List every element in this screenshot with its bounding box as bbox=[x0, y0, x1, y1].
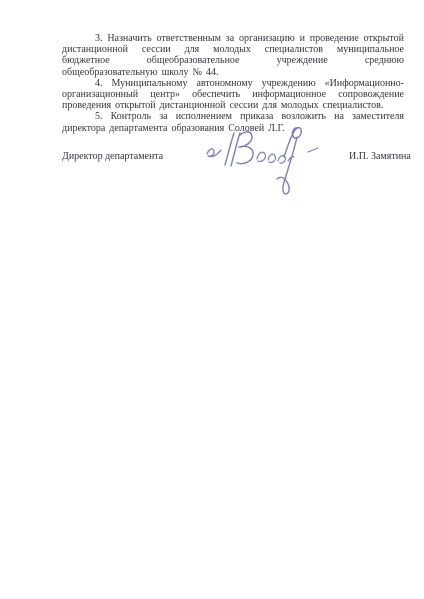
order-paragraph-4: 4. Муниципальному автономному учреждению… bbox=[62, 78, 404, 112]
order-paragraph-3: 3. Назначить ответственным за организаци… bbox=[62, 33, 404, 78]
handwritten-signature-icon bbox=[200, 121, 330, 199]
document-body: 3. Назначить ответственным за организаци… bbox=[62, 33, 404, 134]
document-page: 3. Назначить ответственным за организаци… bbox=[0, 0, 424, 599]
director-position-label: Директор департамента bbox=[62, 151, 163, 162]
signer-name-label: И.П. Замятина bbox=[349, 151, 411, 162]
